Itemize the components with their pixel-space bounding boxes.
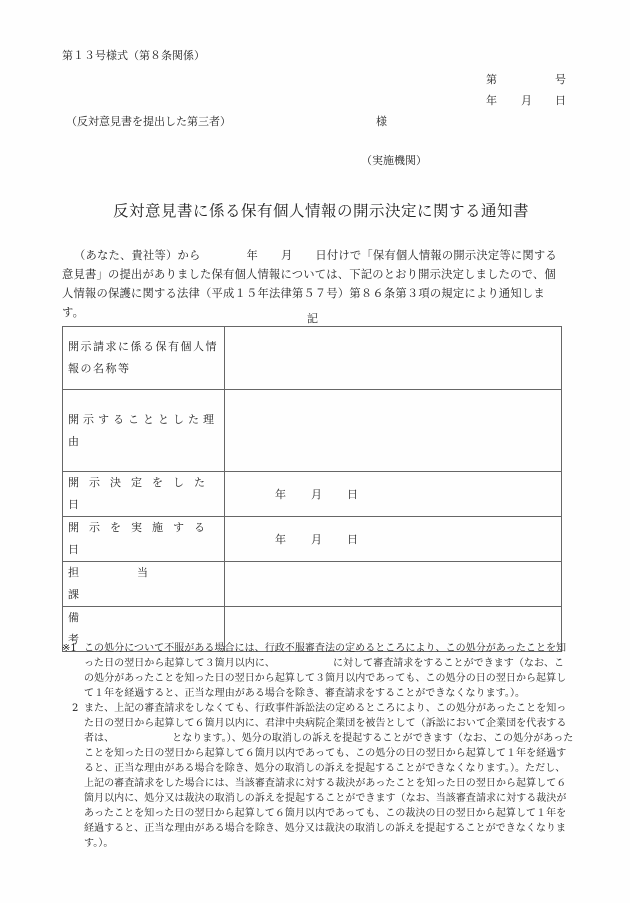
form-number: 第１３号様式（第８条関係） [62,47,205,63]
row-label-decision-date: 開示決定をした日 [63,472,225,517]
row-value-decision-date: 年月日 [225,472,562,517]
row-value-department [225,562,562,607]
note-1: ※1 この処分について不服がある場合には、行政不服審査法の定めるところにより、こ… [62,641,574,701]
decision-date-year: 年 [275,486,311,502]
table-row: 担当課 [63,562,562,607]
ki-heading: 記 [307,310,318,326]
addressee-honorific: 様 [376,113,387,129]
row-value-info-name [225,327,562,390]
decision-date-month: 月 [311,486,347,502]
decision-date-day: 日 [347,486,383,502]
table-row: 開示することとした理由 [63,390,562,472]
note-1-mark: ※1 [62,641,77,656]
table-row: 開示を実施する日 年月日 [63,517,562,562]
table-row: 開示請求に係る保有個人情報の名称等 [63,327,562,390]
notes-section: ※1 この処分について不服がある場合には、行政不服審査法の定めるところにより、こ… [62,641,574,851]
issuer-label: （実施機関） [361,152,427,168]
row-label-reason: 開示することとした理由 [63,390,225,472]
note-2: 2 また、上記の審査請求をしなくても、行政事件訴訟法の定めるところにより、この処… [62,701,574,851]
row-label-info-name: 開示請求に係る保有個人情報の名称等 [63,327,225,390]
disclosure-date-month: 月 [311,531,347,547]
document-title: 反対意見書に係る保有個人情報の開示決定に関する通知書 [113,199,529,221]
addressee-label: （反対意見書を提出した第三者） [66,113,231,129]
body-line-2: 意見書」の提出がありました保有個人情報については、下記のとおり開示決定しましたの… [62,265,562,284]
row-label-department: 担当課 [63,562,225,607]
record-table: 開示請求に係る保有個人情報の名称等 開示することとした理由 開示決定をした日 年… [62,326,562,652]
row-value-disclosure-date: 年月日 [225,517,562,562]
note-2-mark: 2 [72,701,78,716]
body-line-1: （あなた、貴社等）から 年 月 日付けで「保有個人情報の開示決定等に関する [74,249,557,262]
disclosure-date-year: 年 [275,531,311,547]
doc-number-prefix: 第 [486,71,497,87]
row-value-reason [225,390,562,472]
table-row: 開示決定をした日 年月日 [63,472,562,517]
issue-date-year: 年 [486,92,497,108]
doc-number-suffix: 号 [555,71,566,87]
disclosure-date-day: 日 [347,531,383,547]
issue-date-day: 日 [555,92,566,108]
issue-date-month: 月 [521,92,532,108]
note-2-text-b: となります。）、処分の取消しの訴えを提起することができます（なお、この処分があっ… [84,733,573,774]
note-2-text-c: 上記の審査請求をした場合には、当該審査請求に対する裁決があったことを知った日の翌… [84,778,566,849]
row-label-disclosure-date: 開示を実施する日 [63,517,225,562]
